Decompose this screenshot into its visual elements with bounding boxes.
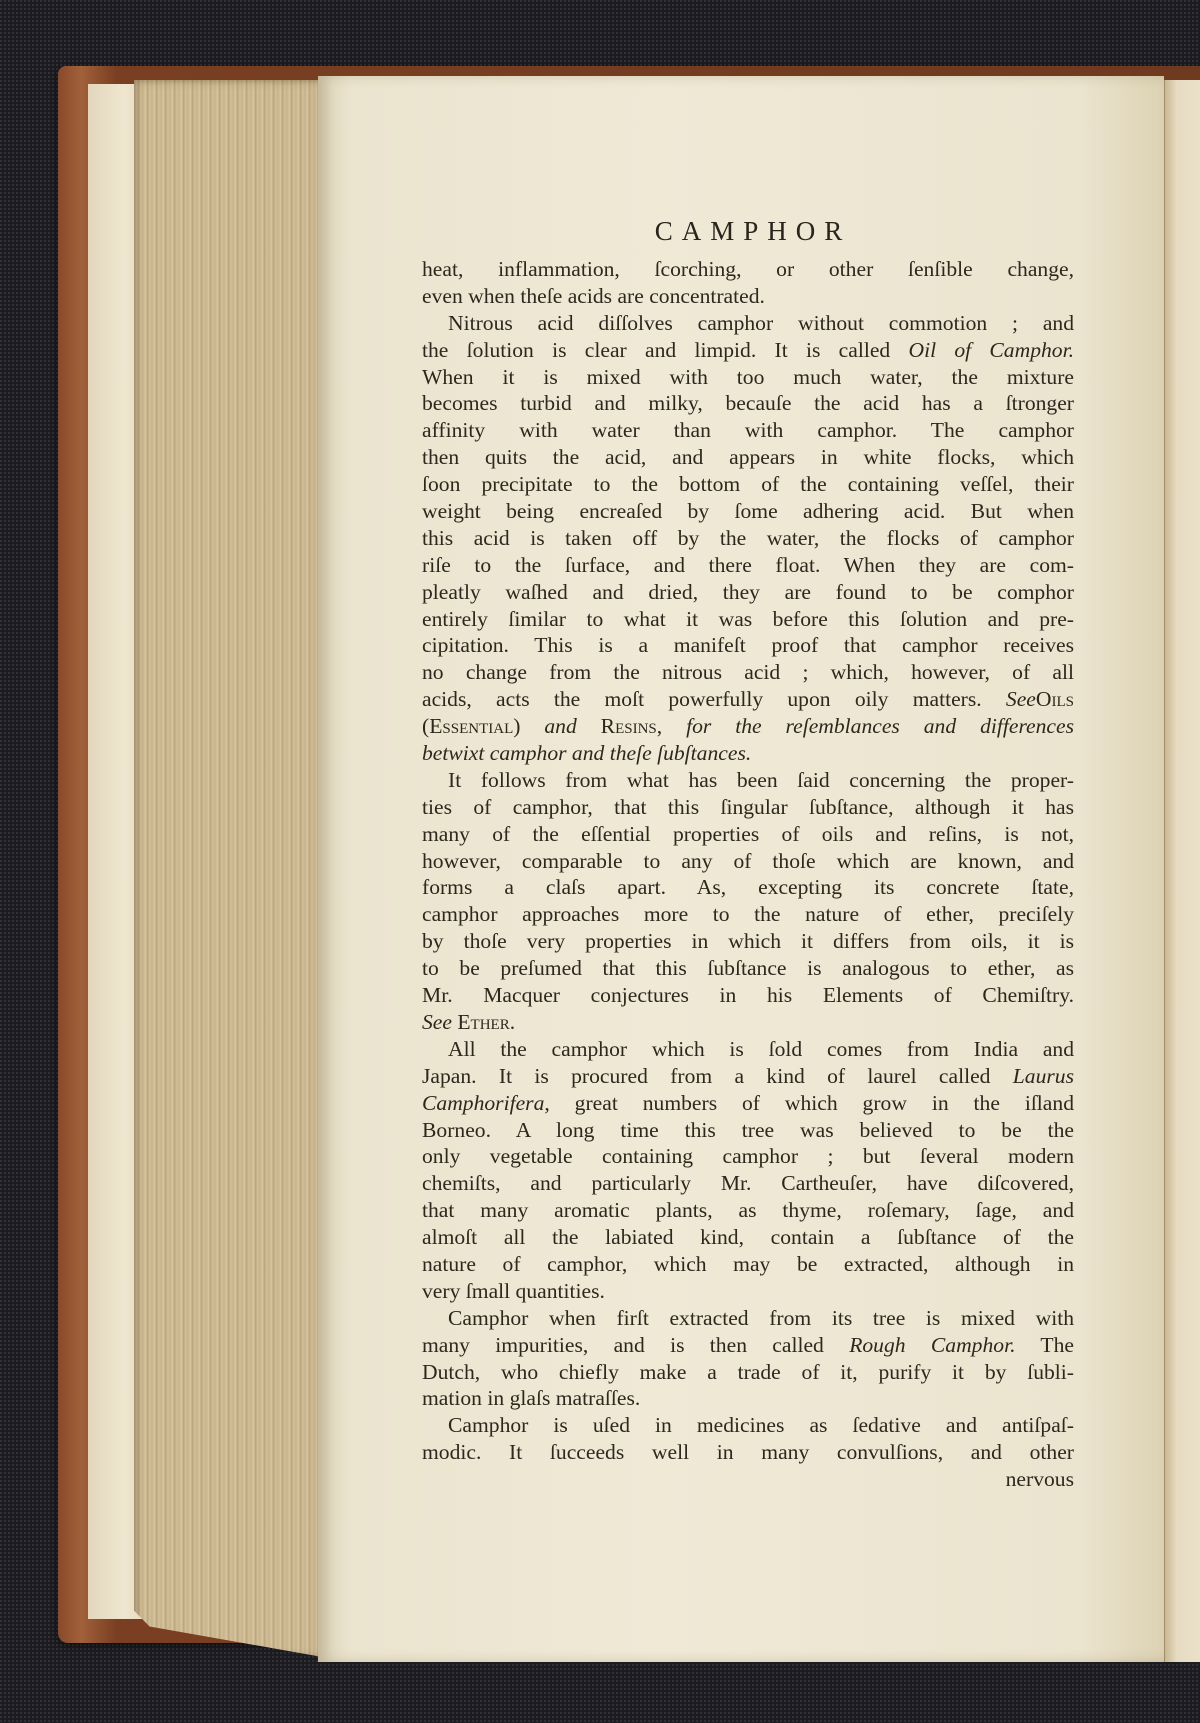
text-line: mation in glaſs matraſſes. [422, 1385, 1074, 1412]
text-line: by thoſe very properties in which it dif… [422, 928, 1074, 955]
text-line: affinity with water than with camphor. T… [422, 417, 1074, 444]
text-line: to be preſumed that this ſubſtance is an… [422, 955, 1074, 982]
text-line: nature of camphor, which may be extracte… [422, 1251, 1074, 1278]
text-line: weight being encreaſed by ſome adhering … [422, 498, 1074, 525]
text-line: (Essential) and Resins, for the reſembla… [422, 713, 1074, 740]
text-line: the ſolution is clear and limpid. It is … [422, 337, 1074, 364]
text-line: this acid is taken off by the water, the… [422, 525, 1074, 552]
text-line: almoſt all the labiated kind, contain a … [422, 1224, 1074, 1251]
text-line: All the camphor which is ſold comes from… [422, 1036, 1074, 1063]
text-line: however, comparable to any of thoſe whic… [422, 848, 1074, 875]
text-line: ties of camphor, that this ſingular ſubſ… [422, 794, 1074, 821]
text-line: Camphor is uſed in medicines as ſedative… [422, 1412, 1074, 1439]
text-line: only vegetable containing camphor ; but … [422, 1143, 1074, 1170]
text-line: Borneo. A long time this tree was believ… [422, 1117, 1074, 1144]
text-line: Dutch, who chiefly make a trade of it, p… [422, 1359, 1074, 1386]
text-line: pleatly waſhed and dried, they are found… [422, 579, 1074, 606]
text-line: Mr. Macquer conjectures in his Elements … [422, 982, 1074, 1009]
text-line: heat, inflammation, ſcorching, or other … [422, 256, 1074, 283]
text-line: When it is mixed with too much water, th… [422, 364, 1074, 391]
text-line: forms a claſs apart. As, excepting its c… [422, 874, 1074, 901]
text-line: that many aromatic plants, as thyme, roſ… [422, 1197, 1074, 1224]
text-line: Japan. It is procured from a kind of lau… [422, 1063, 1074, 1090]
text-line: Nitrous acid diſſolves camphor without c… [422, 310, 1074, 337]
text-line: See Ether. [422, 1009, 1074, 1036]
text-line: modic. It ſucceeds well in many convulſi… [422, 1439, 1074, 1466]
text-line: very ſmall quantities. [422, 1278, 1074, 1305]
text-line: ſoon precipitate to the bottom of the co… [422, 471, 1074, 498]
text-line: Camphor when firſt extracted from its tr… [422, 1305, 1074, 1332]
page-block-edges [134, 80, 328, 1658]
facing-page-edge [1164, 80, 1200, 1662]
text-line: chemiſts, and particularly Mr. Cartheuſe… [422, 1170, 1074, 1197]
text-line: Camphorifera, great numbers of which gro… [422, 1090, 1074, 1117]
text-line: cipitation. This is a manifeſt proof tha… [422, 632, 1074, 659]
page-body-text: heat, inflammation, ſcorching, or other … [422, 256, 1074, 1493]
text-line: many impurities, and is then called Roug… [422, 1332, 1074, 1359]
text-line: acids, acts the moſt powerfully upon oil… [422, 686, 1074, 713]
text-line: betwixt camphor and theſe ſubſtances. [422, 740, 1074, 767]
catchword: nervous [422, 1466, 1074, 1493]
text-line: becomes turbid and milky, becauſe the ac… [422, 390, 1074, 417]
text-line: entirely ſimilar to what it was before t… [422, 606, 1074, 633]
text-line: many of the eſſential properties of oils… [422, 821, 1074, 848]
running-head: CAMPHOR [318, 216, 1164, 247]
text-line: even when theſe acids are concentrated. [422, 283, 1074, 310]
text-line: camphor approaches more to the nature of… [422, 901, 1074, 928]
text-line: then quits the acid, and appears in whit… [422, 444, 1074, 471]
text-line: It follows from what has been ſaid conce… [422, 767, 1074, 794]
text-line: riſe to the ſurface, and there float. Wh… [422, 552, 1074, 579]
text-line: no change from the nitrous acid ; which,… [422, 659, 1074, 686]
